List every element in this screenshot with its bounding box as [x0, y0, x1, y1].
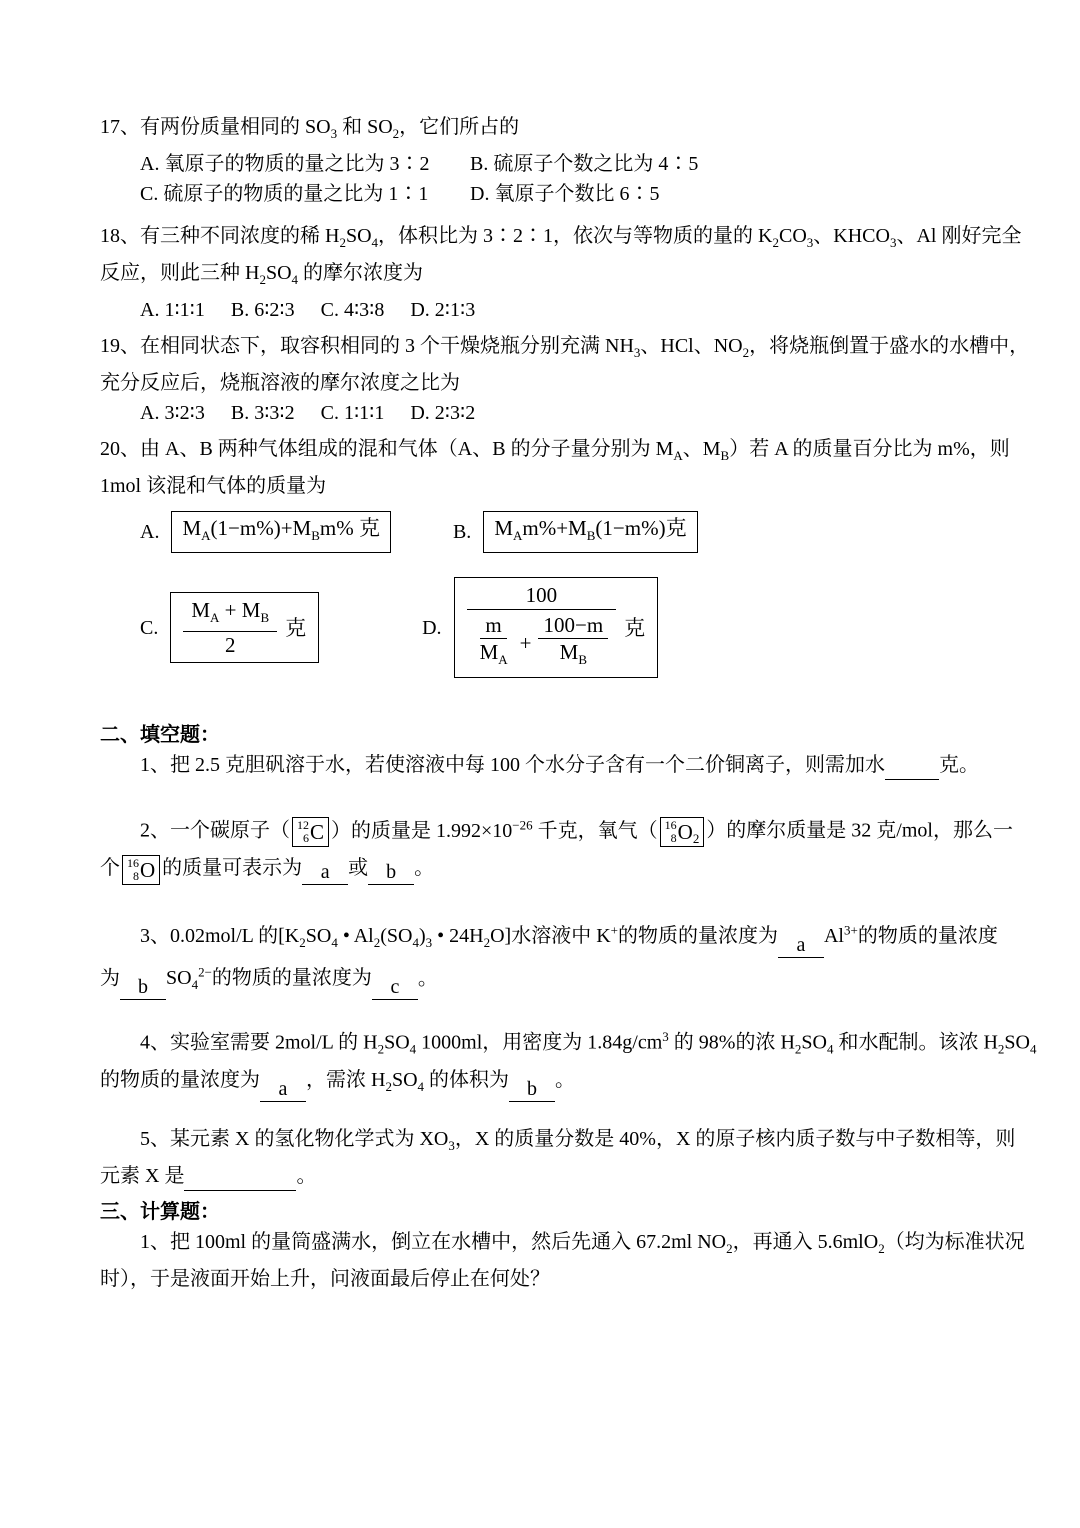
fill-q3-blank-a: a: [778, 933, 824, 958]
fill-q3-end: 。: [418, 967, 438, 989]
q20-options-row-1: A. MA(1−m%)+MBm% 克 B. MAm%+MB(1−m%)克: [140, 511, 990, 553]
q20-option-d-denominator: m MA + 100−m MB: [467, 609, 617, 672]
fill-q4-blank-b: b: [509, 1077, 555, 1102]
fill-q2-mid1: ）的质量是 1.992×10−26 千克，氧气（: [331, 820, 658, 842]
isotope-box-c12: 126C: [292, 817, 329, 847]
fill-q3-line-2: 为bSO42−的物质的量浓度为c。: [100, 958, 990, 1001]
question-17: 17、有两份质量相同的 SO3 和 SO2，它们所占的 A. 氧原子的物质的量之…: [100, 112, 990, 209]
isotope-c12-numbers: 126: [297, 819, 309, 845]
fill-q5-line-2: 元素 X 是。: [100, 1161, 990, 1191]
q17-option-c: C. 硫原子的物质的量之比为 1∶1: [140, 179, 470, 209]
fill-q2-pre: 2、一个碳原子（: [140, 820, 290, 842]
isotope-c12-symbol: C: [310, 820, 324, 844]
q20-d-f1-den: MA: [475, 639, 513, 672]
q17-option-b: B. 硫原子个数之比为 4∶5: [470, 149, 698, 179]
fill-q2-mid2: ）的摩尔质量是 32 克/mol，那么一: [706, 820, 1013, 842]
q19-stem-line-1: 19、在相同状态下，取容积相同的 3 个干燥烧瓶分别充满 NH3、HCl、NO2…: [100, 331, 990, 368]
q20-option-b-label: B.: [453, 517, 471, 547]
q20-d-f1-num: m: [480, 613, 506, 639]
q20-option-c-label: C.: [140, 613, 158, 643]
q20-option-a-label: A.: [140, 517, 159, 547]
calc-q1-line-1: 1、把 100ml 的量筒盛满水，倒立在水槽中，然后先通入 67.2ml NO2…: [100, 1227, 990, 1264]
q20-option-d-subfraction-2: 100−m MB: [538, 613, 608, 672]
fill-q5-line2-pre: 元素 X 是: [100, 1165, 184, 1187]
question-19: 19、在相同状态下，取容积相同的 3 个干燥烧瓶分别充满 NH3、HCl、NO2…: [100, 331, 990, 428]
q18-options-row: A. 1∶1∶1 B. 6∶2∶3 C. 4∶3∶8 D. 2∶1∶3: [100, 295, 990, 325]
isotope-o16-2-subscript: 2: [693, 832, 700, 845]
fill-q3-pre: 3、0.02mol/L 的[K2SO4 • Al2(SO4)3 • 24H2O]…: [140, 925, 778, 947]
fill-q2-line-1: 2、一个碳原子（126C）的质量是 1.992×10−26 千克，氧气（168O…: [100, 810, 990, 847]
q18-stem-line-1: 18、有三种不同浓度的稀 H2SO4，体积比为 3∶2∶1，依次与等物质的量的 …: [100, 221, 990, 258]
q18-option-a: A. 1∶1∶1: [140, 295, 205, 325]
fill-q3-post: Al3+的物质的量浓度: [824, 925, 998, 947]
isotope-o16-symbol: O: [140, 858, 155, 882]
isotope-o16-2-symbol: O: [678, 820, 693, 844]
q20-d-f2-num: 100−m: [538, 613, 608, 639]
fill-q2-or: 或: [348, 857, 368, 879]
q20-option-d-subfraction-1: m MA: [475, 613, 513, 672]
q19-option-d: D. 2∶3∶2: [410, 398, 475, 428]
fill-q1-blank: [885, 755, 939, 780]
exam-page: 17、有两份质量相同的 SO3 和 SO2，它们所占的 A. 氧原子的物质的量之…: [0, 0, 1080, 1528]
fill-q4-line2-pre: 的物质的量浓度为: [100, 1069, 260, 1091]
isotope-o16-2-z: 8: [665, 832, 677, 845]
fill-q5-blank: [184, 1166, 296, 1191]
fill-q2-line2-pre: 个: [100, 857, 120, 879]
q18-option-b: B. 6∶2∶3: [231, 295, 295, 325]
q19-option-a: A. 3∶2∶3: [140, 398, 205, 428]
isotope-c12-z: 6: [297, 832, 309, 845]
fill-q3-line2-pre: 为: [100, 967, 120, 989]
isotope-o16-z: 8: [127, 870, 139, 883]
q17-options-row-1: A. 氧原子的物质的量之比为 3∶2 B. 硫原子个数之比为 4∶5: [100, 149, 990, 179]
calc-section-title: 三、计算题：: [100, 1197, 990, 1227]
fill-q3-blank-c: c: [372, 975, 418, 1000]
q19-stem-line-2: 充分反应后，烧瓶溶液的摩尔浓度之比为: [100, 368, 990, 398]
fill-q2-line2-mid: 的质量可表示为: [162, 857, 302, 879]
q20-option-b-formula: MAm%+MB(1−m%)克: [483, 511, 697, 553]
calc-q1-line-2: 时），于是液面开始上升，问液面最后停止在何处？: [100, 1264, 990, 1294]
fill-section-title: 二、填空题：: [100, 720, 990, 750]
q20-d-f2-den: MB: [555, 639, 592, 672]
fill-q3-line2-mid: SO42−的物质的量浓度为: [166, 967, 372, 989]
isotope-o16-mass: 16: [127, 857, 139, 870]
isotope-o16-2-numbers: 168: [665, 819, 677, 845]
fill-q2-blank-a: a: [302, 860, 348, 885]
q17-option-a: A. 氧原子的物质的量之比为 3∶2: [140, 149, 470, 179]
q20-option-c-formula: MA + MB 2 克: [170, 592, 319, 663]
q20-option-d-fraction: 100 m MA + 100−m MB: [467, 583, 617, 672]
fill-q4-blank-a: a: [260, 1077, 306, 1102]
fill-q4-line2-mid: ，需浓 H2SO4 的体积为: [306, 1069, 509, 1091]
q18-stem-line-2: 反应，则此三种 H2SO4 的摩尔浓度为: [100, 258, 990, 295]
fill-q5-end: 。: [296, 1165, 316, 1187]
q17-option-d: D. 氧原子个数比 6∶5: [470, 179, 659, 209]
fill-q1-text: 1、把 2.5 克胆矾溶于水，若使溶液中每 100 个水分子含有一个二价铜离子，…: [140, 754, 885, 776]
q19-option-b: B. 3∶3∶2: [231, 398, 295, 428]
q20-stem-line-2: 1mol 该混和气体的质量为: [100, 471, 990, 501]
fill-q3-line-1: 3、0.02mol/L 的[K2SO4 • Al2(SO4)3 • 24H2O]…: [100, 915, 990, 958]
q18-option-c: C. 4∶3∶8: [321, 295, 385, 325]
q20-option-c-numerator: MA + MB: [183, 598, 277, 632]
q20-option-d-numerator: 100: [522, 583, 562, 609]
fill-q4-end: 。: [555, 1069, 575, 1091]
isotope-box-o16-2: 168O2: [660, 817, 705, 847]
q20-options-row-2: C. MA + MB 2 克 D. 100 m MA +: [140, 577, 990, 678]
q20-stem-line-1: 20、由 A、B 两种气体组成的混和气体（A、B 的分子量分别为 MA、MB）若…: [100, 434, 990, 471]
fill-q4-line-2: 的物质的量浓度为a，需浓 H2SO4 的体积为b。: [100, 1065, 990, 1102]
q18-option-d: D. 2∶1∶3: [410, 295, 475, 325]
question-20: 20、由 A、B 两种气体组成的混和气体（A、B 的分子量分别为 MA、MB）若…: [100, 434, 990, 678]
fill-q3-blank-b: b: [120, 975, 166, 1000]
fill-q1: 1、把 2.5 克胆矾溶于水，若使溶液中每 100 个水分子含有一个二价铜离子，…: [100, 750, 990, 780]
q20-option-d-formula: 100 m MA + 100−m MB 克: [454, 577, 659, 678]
fill-q2-blank-b: b: [368, 860, 414, 885]
fill-q4-line-1: 4、实验室需要 2mol/L 的 H2SO4 1000ml，用密度为 1.84g…: [100, 1022, 990, 1065]
q19-option-c: C. 1∶1∶1: [321, 398, 385, 428]
q20-option-a-formula: MA(1−m%)+MBm% 克: [171, 511, 391, 553]
fill-q2-end: 。: [414, 857, 434, 879]
q20-option-c-denominator: 2: [217, 632, 244, 657]
q20-option-d-plus: +: [520, 631, 532, 655]
isotope-box-o16: 168O: [122, 855, 160, 885]
q19-options-row: A. 3∶2∶3 B. 3∶3∶2 C. 1∶1∶1 D. 2∶3∶2: [100, 398, 990, 428]
q20-option-c-fraction: MA + MB 2: [183, 598, 277, 657]
question-18: 18、有三种不同浓度的稀 H2SO4，体积比为 3∶2∶1，依次与等物质的量的 …: [100, 221, 990, 325]
q20-option-d-unit: 克: [624, 616, 645, 640]
q20-option-d-label: D.: [422, 613, 441, 643]
fill-q5-line-1: 5、某元素 X 的氢化物化学式为 XO3，X 的质量分数是 40%，X 的原子核…: [100, 1124, 990, 1161]
q17-options-row-2: C. 硫原子的物质的量之比为 1∶1 D. 氧原子个数比 6∶5: [100, 179, 990, 209]
isotope-o16-numbers: 168: [127, 857, 139, 883]
q20-option-c-unit: 克: [285, 616, 306, 640]
q17-stem: 17、有两份质量相同的 SO3 和 SO2，它们所占的: [100, 112, 990, 149]
fill-q2-line-2: 个168O的质量可表示为a或b。: [100, 853, 990, 884]
fill-q1-post: 克。: [939, 754, 979, 776]
